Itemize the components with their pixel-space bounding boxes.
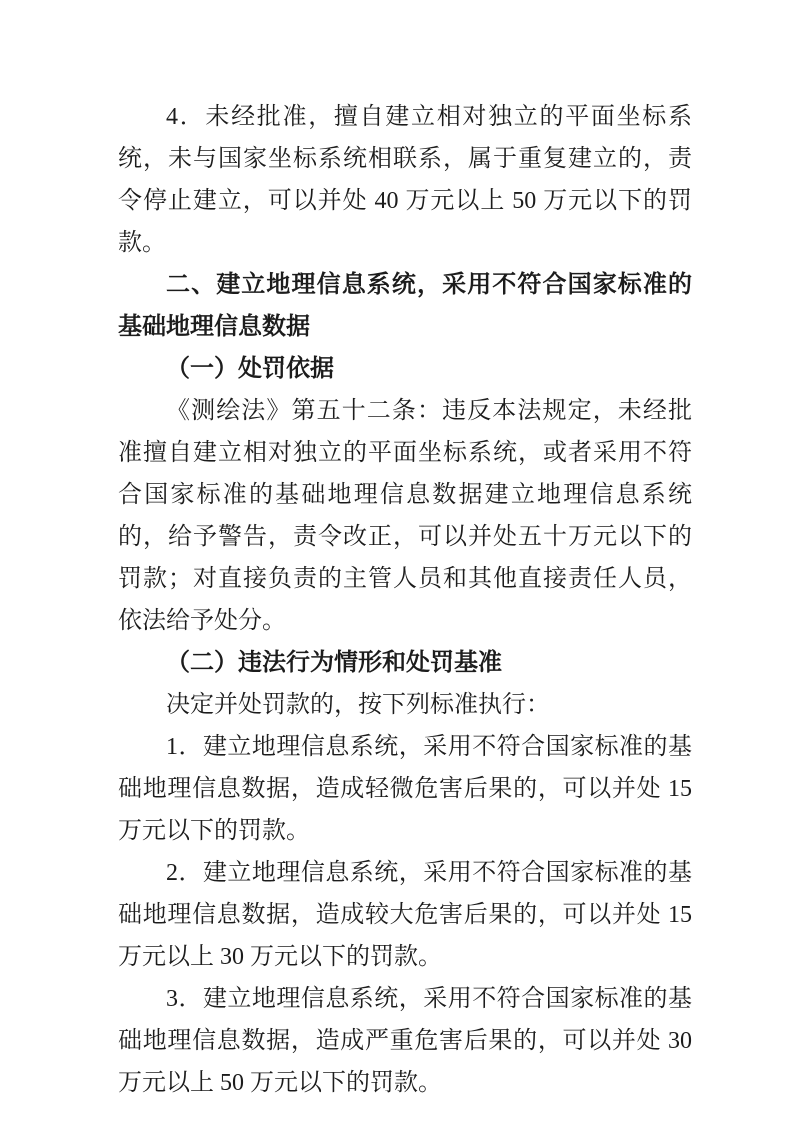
document-page: 4．未经批准，擅自建立相对独立的平面坐标系统，未与国家坐标系统相联系，属于重复建… (0, 0, 793, 1122)
paragraph-standards-intro: 决定并处罚款的，按下列标准执行： (118, 684, 692, 726)
paragraph-item-2: 2．建立地理信息系统，采用不符合国家标准的基础地理信息数据，造成较大危害后果的，… (118, 852, 692, 978)
paragraph-item-3: 3．建立地理信息系统，采用不符合国家标准的基础地理信息数据，造成严重危害后果的，… (118, 978, 692, 1104)
paragraph-law-article-52: 《测绘法》第五十二条：违反本法规定，未经批准擅自建立相对独立的平面坐标系统，或者… (118, 390, 692, 642)
subheading-violation-standards: （二）违法行为情形和处罚基准 (118, 642, 692, 684)
paragraph-item-4: 4．未经批准，擅自建立相对独立的平面坐标系统，未与国家坐标系统相联系，属于重复建… (118, 96, 692, 264)
subheading-penalty-basis: （一）处罚依据 (118, 348, 692, 390)
paragraph-item-1: 1．建立地理信息系统，采用不符合国家标准的基础地理信息数据，造成轻微危害后果的，… (118, 726, 692, 852)
section-heading-2: 二、建立地理信息系统，采用不符合国家标准的基础地理信息数据 (118, 264, 692, 348)
document-content: 4．未经批准，擅自建立相对独立的平面坐标系统，未与国家坐标系统相联系，属于重复建… (118, 96, 692, 1104)
